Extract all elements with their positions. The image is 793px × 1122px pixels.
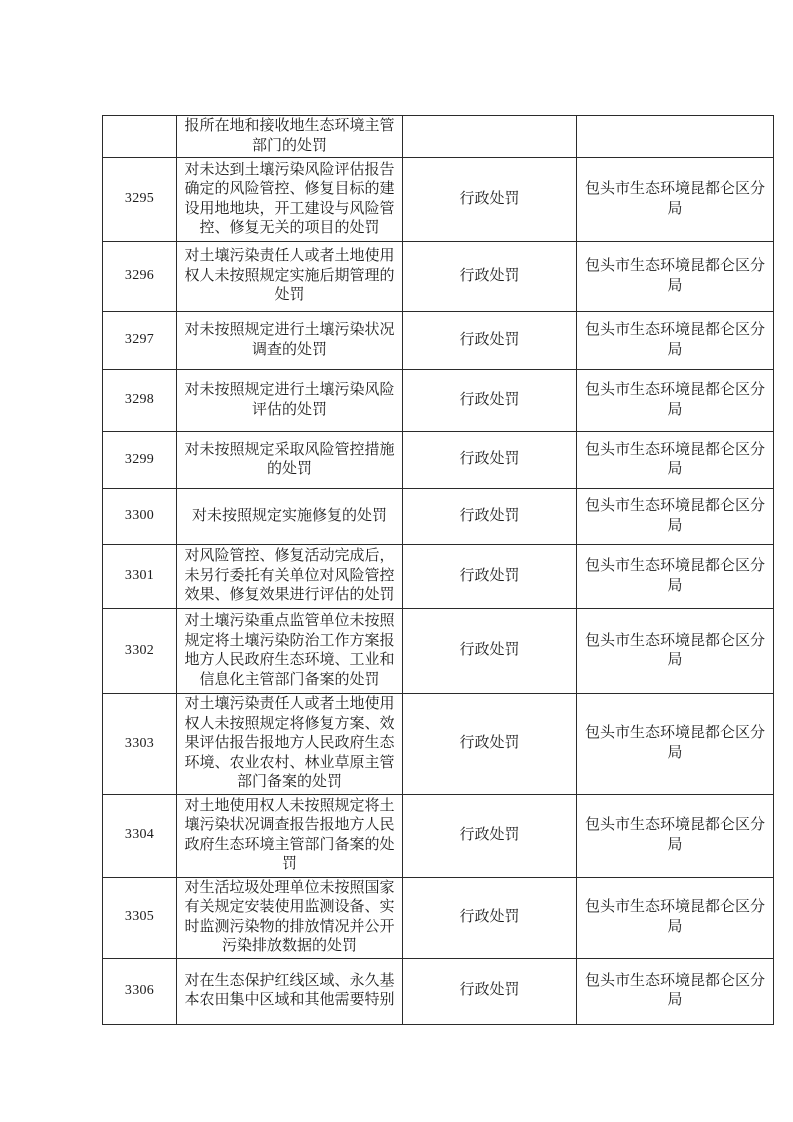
table-row: 3295对未达到土壤污染风险评估报告确定的风险管控、修复目标的建设用地地块，开工… (103, 158, 774, 242)
cell-department: 包头市生态环境昆都仑区分局 (577, 312, 774, 370)
cell-type: 行政处罚 (403, 609, 577, 694)
table-row: 3303对土壤污染责任人或者土地使用权人未按照规定将修复方案、效果评估报告报地方… (103, 694, 774, 795)
table-row: 3299对未按照规定采取风险管控措施的处罚行政处罚包头市生态环境昆都仑区分局 (103, 432, 774, 489)
cell-number: 3299 (103, 432, 177, 489)
table-row: 3304对土地使用权人未按照规定将土壤污染状况调查报告报地方人民政府生态环境主管… (103, 794, 774, 877)
cell-department: 包头市生态环境昆都仑区分局 (577, 545, 774, 609)
cell-department (577, 116, 774, 158)
cell-type: 行政处罚 (403, 489, 577, 545)
table-row: 报所在地和接收地生态环境主管部门的处罚 (103, 116, 774, 158)
cell-number: 3302 (103, 609, 177, 694)
cell-type: 行政处罚 (403, 242, 577, 312)
cell-department: 包头市生态环境昆都仑区分局 (577, 370, 774, 432)
cell-type: 行政处罚 (403, 312, 577, 370)
cell-number: 3297 (103, 312, 177, 370)
cell-description: 对土壤污染责任人或者土地使用权人未按照规定将修复方案、效果评估报告报地方人民政府… (177, 694, 403, 795)
table-row: 3297对未按照规定进行土壤污染状况调查的处罚行政处罚包头市生态环境昆都仑区分局 (103, 312, 774, 370)
cell-description: 对土壤污染重点监管单位未按照规定将土壤污染防治工作方案报地方人民政府生态环境、工… (177, 609, 403, 694)
cell-number (103, 116, 177, 158)
cell-type: 行政处罚 (403, 877, 577, 958)
table-row: 3300对未按照规定实施修复的处罚行政处罚包头市生态环境昆都仑区分局 (103, 489, 774, 545)
document-page: 报所在地和接收地生态环境主管部门的处罚3295对未达到土壤污染风险评估报告确定的… (0, 0, 793, 1122)
penalty-table: 报所在地和接收地生态环境主管部门的处罚3295对未达到土壤污染风险评估报告确定的… (102, 115, 774, 1025)
cell-number: 3301 (103, 545, 177, 609)
cell-description: 对未按照规定实施修复的处罚 (177, 489, 403, 545)
cell-department: 包头市生态环境昆都仑区分局 (577, 794, 774, 877)
cell-number: 3304 (103, 794, 177, 877)
cell-description: 对在生态保护红线区域、永久基本农田集中区域和其他需要特别 (177, 958, 403, 1024)
cell-number: 3305 (103, 877, 177, 958)
cell-department: 包头市生态环境昆都仑区分局 (577, 489, 774, 545)
cell-description: 对未达到土壤污染风险评估报告确定的风险管控、修复目标的建设用地地块，开工建设与风… (177, 158, 403, 242)
cell-department: 包头市生态环境昆都仑区分局 (577, 877, 774, 958)
cell-type: 行政处罚 (403, 432, 577, 489)
table-row: 3306对在生态保护红线区域、永久基本农田集中区域和其他需要特别行政处罚包头市生… (103, 958, 774, 1024)
cell-department: 包头市生态环境昆都仑区分局 (577, 958, 774, 1024)
cell-description: 对土壤污染责任人或者土地使用权人未按照规定实施后期管理的处罚 (177, 242, 403, 312)
table-row: 3305对生活垃圾处理单位未按照国家有关规定安装使用监测设备、实时监测污染物的排… (103, 877, 774, 958)
cell-description: 对风险管控、修复活动完成后，未另行委托有关单位对风险管控效果、修复效果进行评估的… (177, 545, 403, 609)
cell-description: 对未按照规定采取风险管控措施的处罚 (177, 432, 403, 489)
table-row: 3302对土壤污染重点监管单位未按照规定将土壤污染防治工作方案报地方人民政府生态… (103, 609, 774, 694)
cell-number: 3306 (103, 958, 177, 1024)
cell-department: 包头市生态环境昆都仑区分局 (577, 432, 774, 489)
table-row: 3301对风险管控、修复活动完成后，未另行委托有关单位对风险管控效果、修复效果进… (103, 545, 774, 609)
cell-description: 对未按照规定进行土壤污染状况调查的处罚 (177, 312, 403, 370)
cell-department: 包头市生态环境昆都仑区分局 (577, 609, 774, 694)
cell-number: 3298 (103, 370, 177, 432)
cell-description: 报所在地和接收地生态环境主管部门的处罚 (177, 116, 403, 158)
cell-department: 包头市生态环境昆都仑区分局 (577, 158, 774, 242)
cell-number: 3296 (103, 242, 177, 312)
cell-description: 对生活垃圾处理单位未按照国家有关规定安装使用监测设备、实时监测污染物的排放情况并… (177, 877, 403, 958)
table-row: 3296对土壤污染责任人或者土地使用权人未按照规定实施后期管理的处罚行政处罚包头… (103, 242, 774, 312)
cell-description: 对未按照规定进行土壤污染风险评估的处罚 (177, 370, 403, 432)
cell-type: 行政处罚 (403, 370, 577, 432)
cell-type: 行政处罚 (403, 158, 577, 242)
cell-type (403, 116, 577, 158)
cell-description: 对土地使用权人未按照规定将土壤污染状况调查报告报地方人民政府生态环境主管部门备案… (177, 794, 403, 877)
cell-number: 3303 (103, 694, 177, 795)
cell-type: 行政处罚 (403, 694, 577, 795)
table-row: 3298对未按照规定进行土壤污染风险评估的处罚行政处罚包头市生态环境昆都仑区分局 (103, 370, 774, 432)
cell-type: 行政处罚 (403, 958, 577, 1024)
cell-department: 包头市生态环境昆都仑区分局 (577, 242, 774, 312)
cell-type: 行政处罚 (403, 545, 577, 609)
table-body: 报所在地和接收地生态环境主管部门的处罚3295对未达到土壤污染风险评估报告确定的… (103, 116, 774, 1025)
cell-number: 3300 (103, 489, 177, 545)
cell-department: 包头市生态环境昆都仑区分局 (577, 694, 774, 795)
cell-type: 行政处罚 (403, 794, 577, 877)
cell-number: 3295 (103, 158, 177, 242)
